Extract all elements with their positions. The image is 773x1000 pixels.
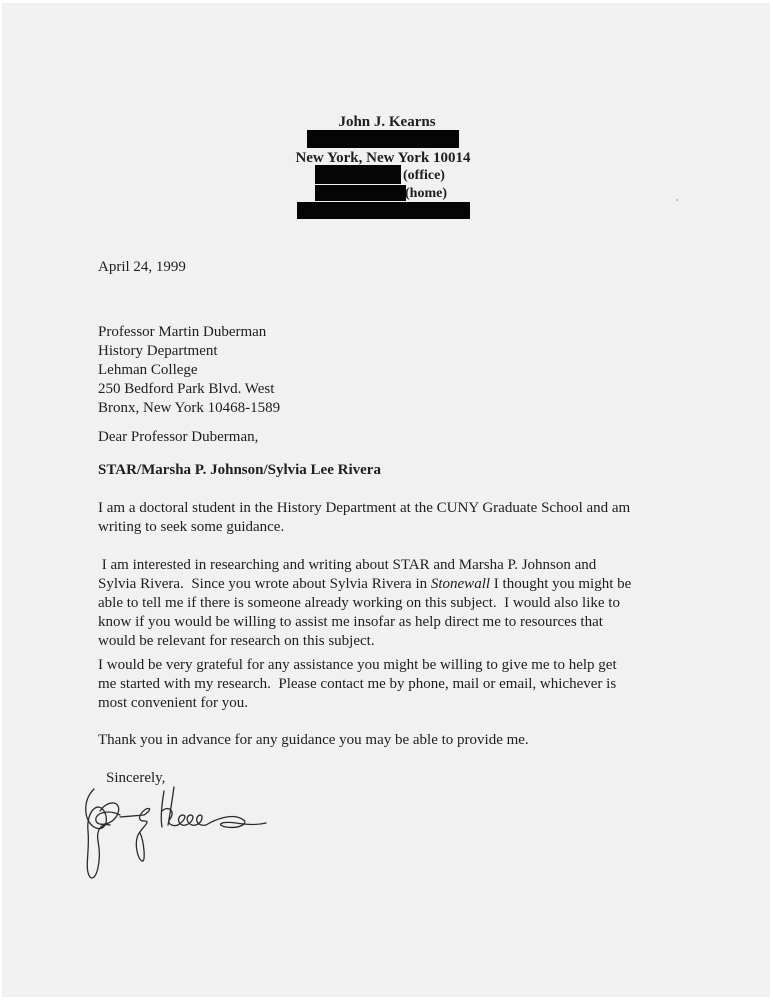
salutation: Dear Professor Duberman, — [98, 428, 258, 447]
recipient-line: Professor Martin Duberman — [98, 323, 280, 342]
handwritten-signature-icon — [80, 781, 270, 891]
letterhead: John J. Kearns New York, New York 10014 … — [2, 3, 770, 233]
recipient-line: Lehman College — [98, 361, 280, 380]
recipient-line: History Department — [98, 342, 280, 361]
book-title: Stonewall — [431, 576, 490, 592]
sender-name: John J. Kearns — [332, 113, 442, 131]
subject-line: STAR/Marsha P. Johnson/Sylvia Lee Rivera — [98, 461, 381, 480]
paragraph-line: Sylvia Rivera. Since you wrote about Syl… — [98, 575, 631, 594]
paragraph-line: know if you would be willing to assist m… — [98, 613, 631, 632]
redacted-street-address — [307, 130, 459, 148]
paragraph-line: I would be very grateful for any assista… — [98, 656, 617, 675]
paragraph-1: I am a doctoral student in the History D… — [98, 499, 630, 537]
recipient-line: Bronx, New York 10468-1589 — [98, 399, 280, 418]
paragraph-line: me started with my research. Please cont… — [98, 675, 617, 694]
paragraph-2: I am interested in researching and writi… — [98, 556, 631, 651]
paragraph-line: I am interested in researching and writi… — [98, 556, 631, 575]
paragraph-4: Thank you in advance for any guidance yo… — [98, 731, 529, 750]
redacted-office-phone — [315, 165, 401, 184]
redacted-home-phone — [315, 185, 406, 201]
text-run: I thought you might be — [490, 576, 631, 592]
paragraph-line: most convenient for you. — [98, 694, 617, 713]
recipient-line: 250 Bedford Park Blvd. West — [98, 380, 280, 399]
recipient-address: Professor Martin Duberman History Depart… — [98, 323, 280, 418]
letter-page: John J. Kearns New York, New York 10014 … — [2, 3, 770, 997]
office-phone-label: (office) — [403, 167, 445, 185]
scan-speck — [676, 199, 678, 201]
paragraph-line: able to tell me if there is someone alre… — [98, 594, 631, 613]
paragraph-line: would be relevant for research on this s… — [98, 632, 631, 651]
home-phone-label: (home) — [405, 185, 447, 203]
text-run: Sylvia Rivera. Since you wrote about Syl… — [98, 576, 431, 592]
paragraph-line: writing to seek some guidance. — [98, 518, 630, 537]
redacted-email — [297, 202, 470, 219]
letter-date: April 24, 1999 — [98, 258, 186, 277]
paragraph-line: I am a doctoral student in the History D… — [98, 499, 630, 518]
paragraph-3: I would be very grateful for any assista… — [98, 656, 617, 713]
